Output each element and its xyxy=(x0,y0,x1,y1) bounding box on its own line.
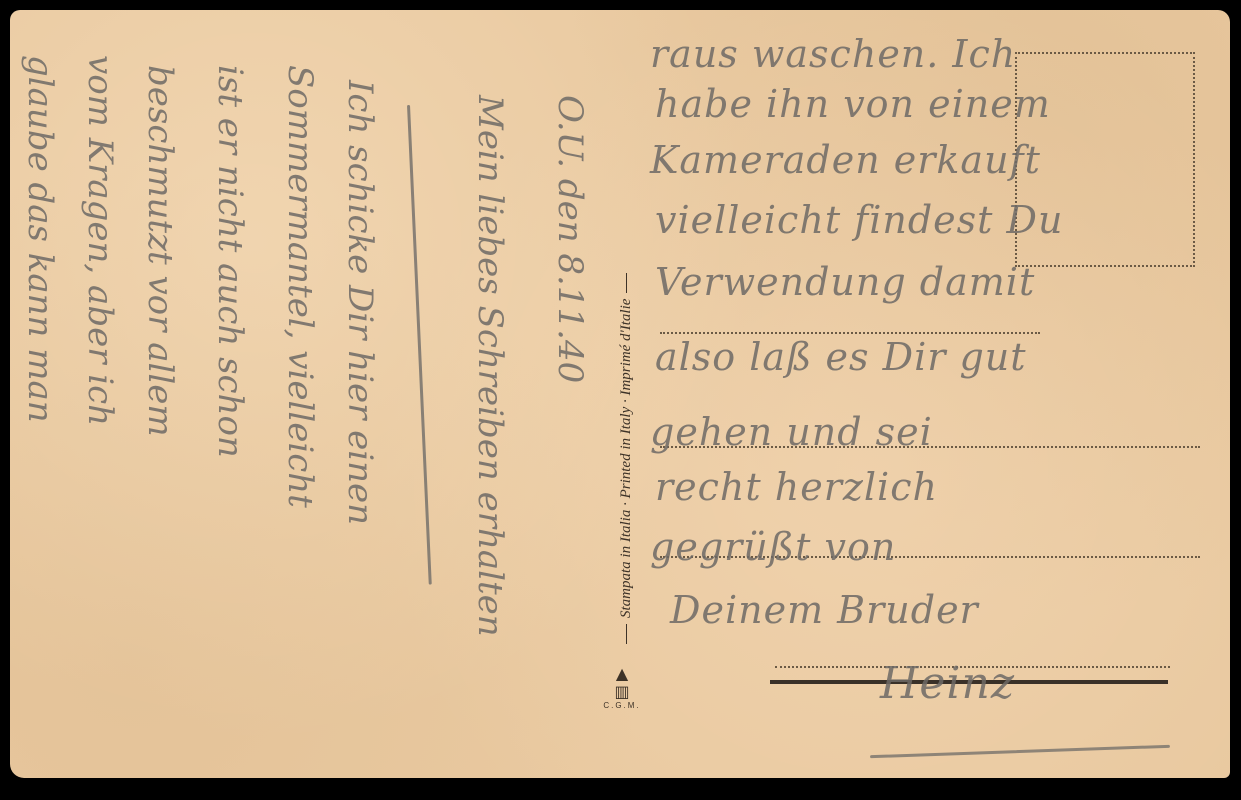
postcard-back: Mein liebes Schreiben erhalten Ich schic… xyxy=(10,10,1230,778)
handwritten-line-9: gegrüßt von xyxy=(650,525,896,569)
handwritten-line-2: habe ihn von einem xyxy=(655,82,1051,126)
handwritten-column-5: beschmutzt vor allem xyxy=(140,65,180,437)
imprint-text: Stampata in Italia · Printed in Italy · … xyxy=(618,299,634,618)
handwritten-column-7: glaube das kann man xyxy=(20,55,60,423)
handwritten-line-7: gehen und sei xyxy=(650,410,933,454)
signature: Heinz xyxy=(880,658,1015,709)
handwritten-column-2: Ich schicke Dir hier einen xyxy=(340,80,380,525)
date-line: O.U. den 8.11.40 xyxy=(550,95,590,383)
handwritten-line-6: also laß es Dir gut xyxy=(655,335,1027,379)
printed-imprint: Stampata in Italia · Printed in Italy · … xyxy=(618,267,635,650)
signature-underline xyxy=(870,745,1170,758)
imprint-dash-left xyxy=(626,624,627,644)
publisher-logo: ▲▥ C.G.M. xyxy=(602,665,642,710)
handwritten-line-10: Deinem Bruder xyxy=(670,588,979,632)
imprint-dash-right xyxy=(626,273,627,293)
building-icon: ▲▥ xyxy=(602,665,642,701)
pencil-divider-line xyxy=(407,105,432,585)
address-line-1 xyxy=(660,332,1040,334)
handwritten-line-1: raus waschen. Ich xyxy=(650,32,1016,76)
handwritten-line-8: recht herzlich xyxy=(655,465,938,509)
handwritten-line-5: Verwendung damit xyxy=(655,260,1035,304)
handwritten-column-4: ist er nicht auch schon xyxy=(210,65,250,458)
handwritten-line-4: vielleicht findest Du xyxy=(655,198,1063,242)
handwritten-column-3: Sommermantel, vielleicht xyxy=(280,65,320,508)
publisher-logo-text: C.G.M. xyxy=(602,701,642,710)
handwritten-column-1: Mein liebes Schreiben erhalten xyxy=(470,95,510,637)
handwritten-line-3: Kameraden erkauft xyxy=(650,138,1041,182)
handwritten-column-6: vom Kragen, aber ich xyxy=(80,55,120,426)
